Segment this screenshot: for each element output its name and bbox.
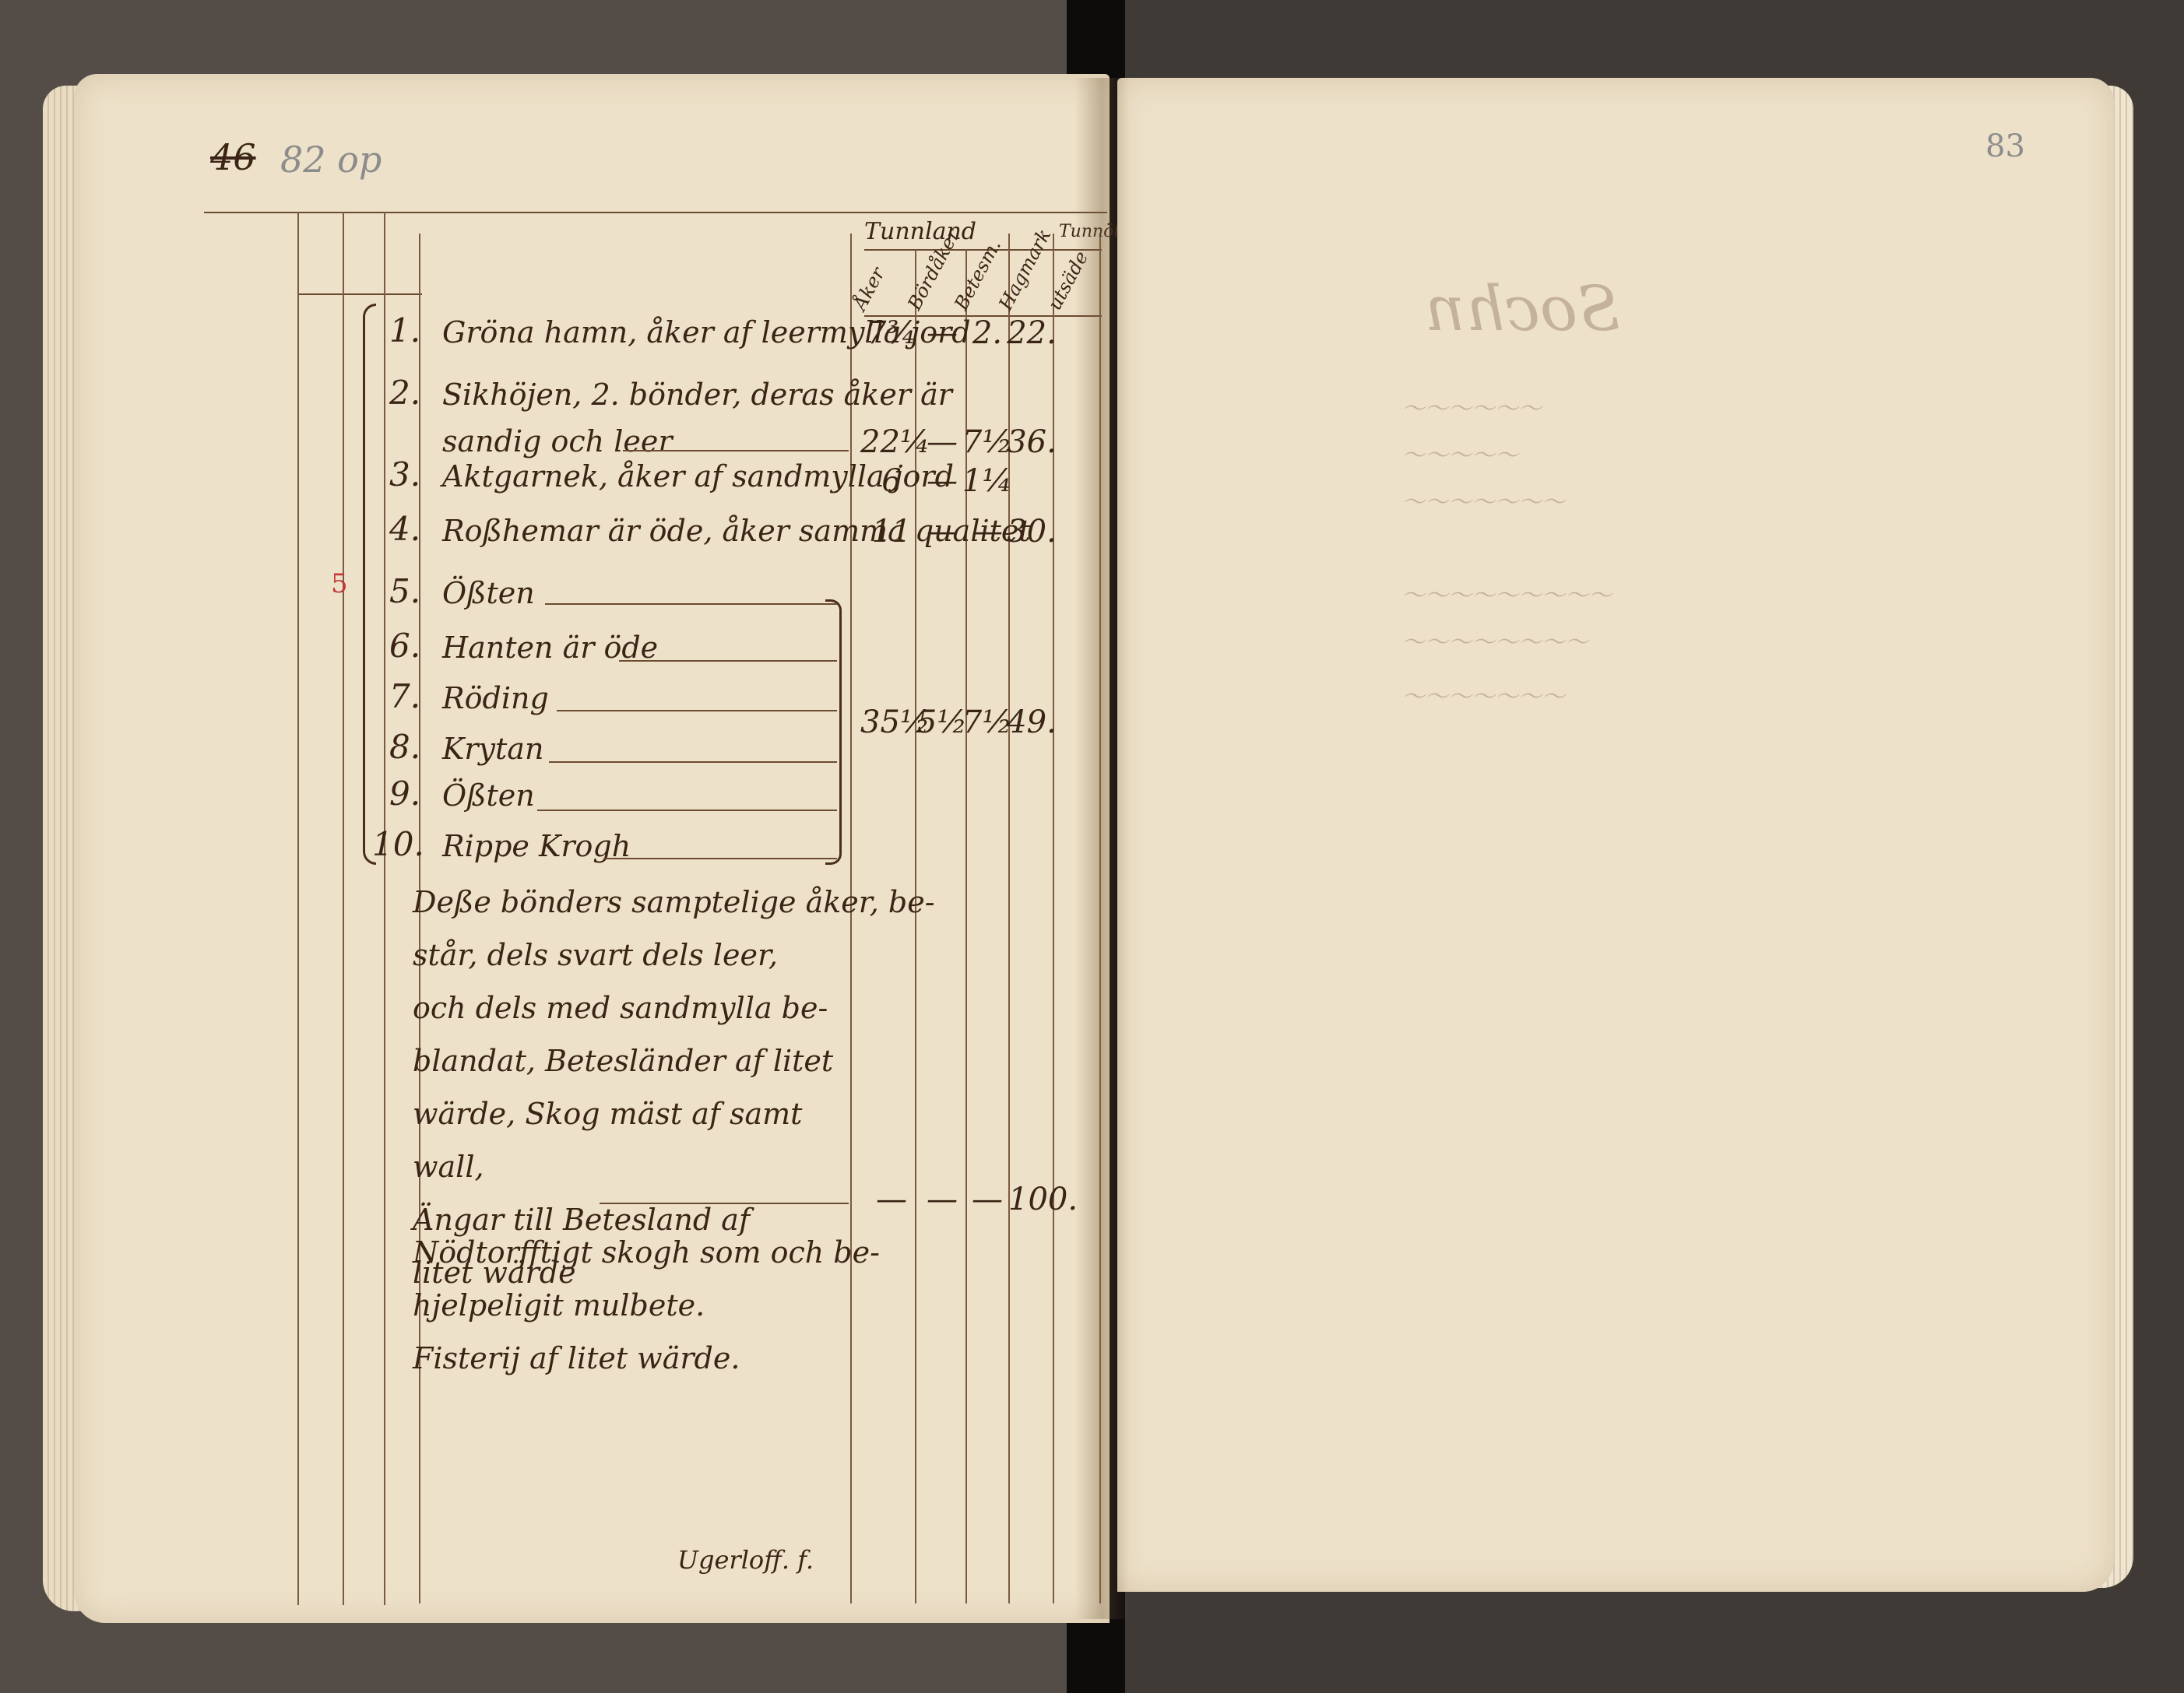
red-margin-mark: 5 bbox=[331, 568, 348, 599]
fill-rule bbox=[549, 761, 837, 763]
column-line bbox=[297, 212, 299, 1605]
fill-rule bbox=[545, 603, 837, 605]
row-text: Röding bbox=[442, 681, 549, 715]
top-rule bbox=[204, 212, 1107, 213]
rows-5-10-bracket bbox=[825, 599, 842, 865]
catchword: Ugerloff. f. bbox=[677, 1545, 814, 1575]
paragraph-line: och dels med sandmylla be- bbox=[413, 982, 935, 1034]
fill-rule bbox=[537, 810, 837, 811]
row-number: 10. bbox=[372, 825, 424, 863]
row-number: 1. bbox=[389, 311, 420, 349]
row-number: 9. bbox=[389, 774, 420, 813]
row-number: 6. bbox=[389, 627, 420, 665]
row-number: 8. bbox=[389, 728, 420, 766]
paragraph-line: Deße bönders samptelige åker, be- bbox=[413, 876, 935, 929]
column-line bbox=[384, 212, 385, 1605]
fill-rule bbox=[623, 450, 849, 451]
folio-pencil-number-right: 83 bbox=[1985, 128, 2025, 164]
bleed-through-title: Sochn bbox=[1425, 272, 1620, 345]
note-line: hjelpeligit mulbete. bbox=[413, 1279, 880, 1332]
paragraph-line: wärde, Skog mäst af samt bbox=[413, 1087, 935, 1140]
row-text: Krytan bbox=[442, 732, 543, 766]
fill-rule bbox=[557, 710, 837, 711]
paragraph-line: blandat, Betesländer af litet bbox=[413, 1034, 935, 1087]
bleed-through-text: ～～～～～～～ bbox=[1401, 677, 1565, 711]
row-text: Sikhöjen, 2. bönder, deras åker är bbox=[442, 378, 952, 412]
rows-bracket-left bbox=[363, 304, 376, 865]
paragraph-line: wall, bbox=[413, 1140, 935, 1193]
note-line: Nödtorfftigt skogh som och be- bbox=[413, 1226, 880, 1279]
row-number: 3. bbox=[389, 455, 420, 493]
column-line bbox=[343, 212, 344, 1605]
row-value-hagmark: 22. bbox=[1001, 315, 1063, 351]
folio-pencil-number: 82 op bbox=[280, 139, 382, 181]
row-number: 4. bbox=[389, 510, 420, 548]
gutter-shadow bbox=[1074, 78, 1129, 1619]
fill-rule bbox=[619, 660, 837, 662]
fill-rule bbox=[603, 858, 837, 859]
row-text-continued: sandig och leer bbox=[442, 424, 673, 458]
paragraph-total-hagmark: 100. bbox=[1008, 1182, 1071, 1217]
row-text: Ößten bbox=[442, 778, 535, 813]
bleed-through-text: ～～～～～ bbox=[1401, 436, 1565, 470]
number-column-rule bbox=[297, 293, 422, 295]
fill-rule bbox=[600, 1203, 849, 1204]
row-value-hagmark: 36. bbox=[1001, 424, 1063, 460]
bleed-through-text: ～～～～～～ bbox=[1401, 389, 1612, 423]
row-number: 7. bbox=[389, 677, 420, 715]
bleed-through-text: ～～～～～～～～～ bbox=[1401, 576, 1612, 610]
row-value-hagmark: 30. bbox=[1001, 514, 1063, 550]
folio-ink-number: 46 bbox=[210, 136, 256, 178]
row-text: Ößten bbox=[442, 576, 535, 610]
bracket-total-hagmark: 49. bbox=[1001, 704, 1063, 740]
notes-block: Nödtorfftigt skogh som och be- hjelpelig… bbox=[413, 1226, 880, 1385]
row-number: 5. bbox=[389, 572, 420, 610]
row-number: 2. bbox=[389, 374, 420, 412]
note-line: Fisterij af litet wärde. bbox=[413, 1332, 880, 1385]
bleed-through-text: ～～～～～～～～ bbox=[1401, 623, 1588, 657]
row-value-betesmark: 1¼ bbox=[956, 463, 1018, 499]
bleed-through-text: ～～～～～～～ bbox=[1401, 483, 1612, 517]
row-text: Rippe Krogh bbox=[442, 829, 631, 863]
paragraph-line: står, dels svart dels leer, bbox=[413, 929, 935, 982]
